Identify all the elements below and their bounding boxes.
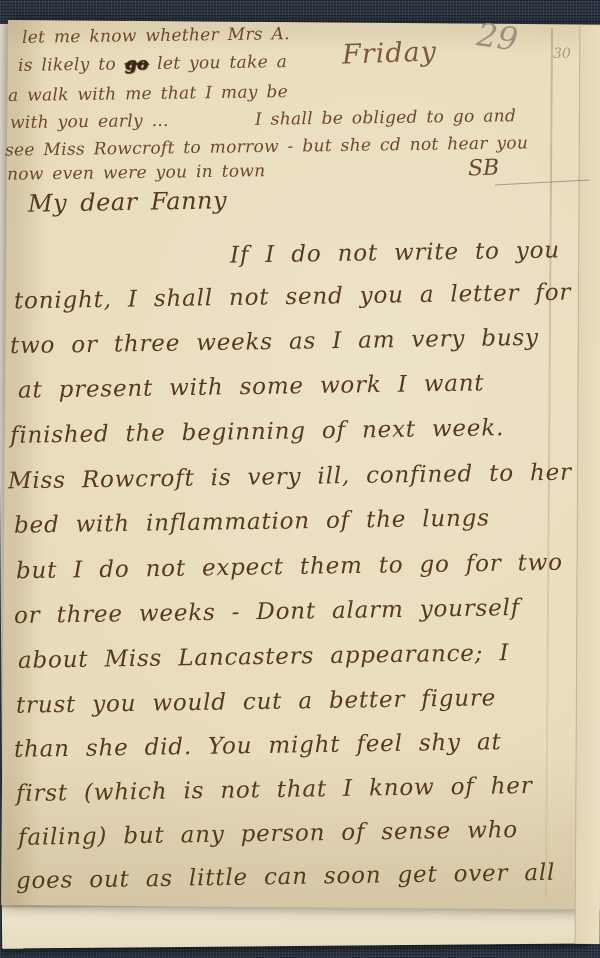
postscript-text: is likely to: [18, 54, 125, 75]
postscript-line: now even were you in town: [7, 161, 266, 185]
postscript-line-right: I shall be obliged to go and: [255, 106, 516, 130]
pencil-folio-number: 29: [475, 15, 521, 58]
salutation: My dear Fanny: [28, 186, 228, 217]
date-line: Friday: [341, 36, 437, 70]
inked-over-word: go: [124, 54, 148, 74]
underlying-page-edge-right: [575, 26, 600, 944]
postscript-line: with you early ...: [10, 111, 169, 133]
postscript-line: a walk with me that I may be: [8, 82, 288, 106]
signature-initials: SB: [468, 155, 500, 181]
letter-body-line: If I do not write to you: [230, 237, 560, 268]
postscript-line: let me know whether Mrs A.: [22, 24, 290, 48]
postscript-text: let you take a: [148, 52, 287, 74]
pencil-folio-number-secondary: 30: [553, 46, 571, 62]
manuscript-letter-photograph: 29 30 let me know whether Mrs A. is like…: [0, 0, 600, 958]
postscript-line: is likely to go let you take a: [18, 52, 287, 76]
